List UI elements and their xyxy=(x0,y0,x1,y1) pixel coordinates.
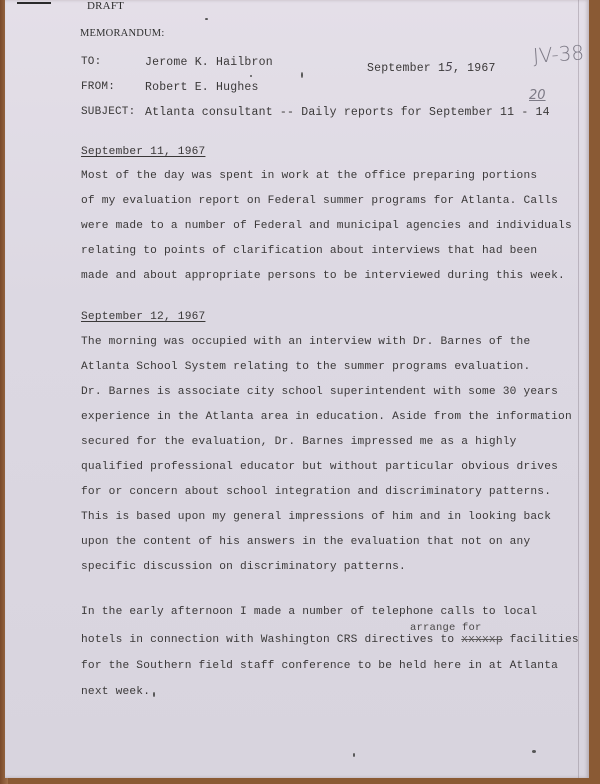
body-line: experience in the Atlanta area in educat… xyxy=(81,411,572,423)
handwritten-code: JV-38 xyxy=(532,40,585,68)
from-value: Robert E. Hughes xyxy=(145,81,259,94)
struck-text: xxxxxp xyxy=(461,634,502,646)
page-edge xyxy=(578,0,579,778)
ink-speck xyxy=(301,72,303,78)
body-line: were made to a number of Federal and mun… xyxy=(81,220,572,232)
body-line: hotels in connection with Washington CRS… xyxy=(81,634,579,646)
body-line: qualified professional educator but with… xyxy=(81,461,558,473)
line-text: facilities xyxy=(503,634,579,646)
body-line: Dr. Barnes is associate city school supe… xyxy=(81,386,558,398)
top-rule xyxy=(17,2,51,4)
from-label: FROM: xyxy=(81,81,115,93)
memorandum-heading: MEMORANDUM: xyxy=(80,28,164,39)
body-line: The morning was occupied with an intervi… xyxy=(81,336,530,348)
line-text: hotels in connection with Washington CRS… xyxy=(81,634,461,646)
memo-page: DRAFT MEMORANDUM: TO: Jerome K. Hailbron… xyxy=(5,0,589,778)
section-heading-sept-11: September 11, 1967 xyxy=(81,146,205,158)
body-line: made and about appropriate persons to be… xyxy=(81,270,565,282)
subject-value: Atlanta consultant -- Daily reports for … xyxy=(145,106,550,119)
body-line: relating to points of clarification abou… xyxy=(81,245,537,257)
ink-speck xyxy=(153,692,155,697)
to-label: TO: xyxy=(81,56,101,68)
memo-date: September 15, 1967 xyxy=(367,60,496,75)
body-line: Most of the day was spent in work at the… xyxy=(81,170,537,182)
body-line: next week. xyxy=(81,686,150,698)
handwritten-number: 20 xyxy=(529,88,546,103)
body-line: In the early afternoon I made a number o… xyxy=(81,606,537,618)
body-line: for the Southern field staff conference … xyxy=(81,660,558,672)
draft-label: DRAFT xyxy=(87,0,124,12)
ink-speck xyxy=(250,75,252,77)
body-line: secured for the evaluation, Dr. Barnes i… xyxy=(81,436,517,448)
body-line: upon the content of his answers in the e… xyxy=(81,536,530,548)
section-heading-sept-12: September 12, 1967 xyxy=(81,311,205,323)
body-line: Atlanta School System relating to the su… xyxy=(81,361,530,373)
subject-label: SUBJECT: xyxy=(81,106,135,118)
ink-speck xyxy=(205,18,208,20)
to-value: Jerome K. Hailbron xyxy=(145,56,273,69)
ink-speck xyxy=(353,753,355,757)
body-line: specific discussion on discriminatory pa… xyxy=(81,561,406,573)
typed-insertion: arrange for xyxy=(410,622,482,634)
body-line: for or concern about school integration … xyxy=(81,486,551,498)
date-suffix: , 1967 xyxy=(453,62,496,75)
body-line: This is based upon my general impression… xyxy=(81,511,551,523)
date-handwritten-digit: 5 xyxy=(445,60,453,74)
ink-speck xyxy=(532,750,536,753)
body-line: of my evaluation report on Federal summe… xyxy=(81,195,558,207)
date-prefix: September 1 xyxy=(367,62,445,75)
